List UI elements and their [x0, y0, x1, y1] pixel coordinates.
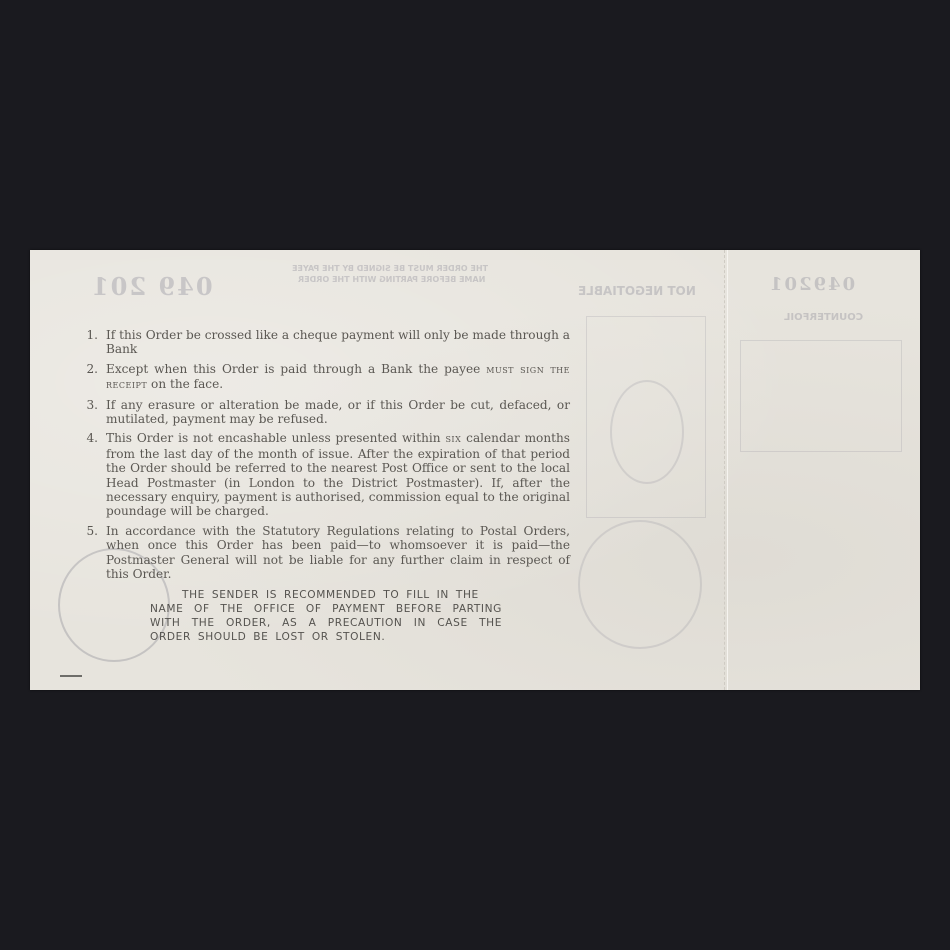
not-negotiable-ghost: NOT NEGOTIABLE: [578, 284, 696, 298]
header-ghost-2: NAME BEFORE PARTING WITH THE ORDER: [298, 275, 485, 284]
condition-text: This Order is not encashable unless pres…: [106, 431, 445, 445]
conditions-list: 1.If this Order be crossed like a cheque…: [78, 328, 570, 587]
condition-item: 3.If any erasure or alteration be made, …: [78, 398, 570, 427]
serial-number-ghost: 049 201: [90, 272, 213, 301]
condition-number: 2.: [78, 362, 98, 376]
ink-mark: [60, 675, 82, 677]
counterfoil-text-ghost: [740, 340, 902, 452]
condition-item: 2.Except when this Order is paid through…: [78, 362, 570, 393]
counterfoil-label-ghost: COUNTERFOIL: [784, 312, 863, 323]
sender-notice-line1: THE SENDER IS RECOMMENDED TO FILL IN THE: [150, 588, 502, 602]
condition-item: 1.If this Order be crossed like a cheque…: [78, 328, 570, 357]
condition-number: 3.: [78, 398, 98, 412]
postmark-ghost-right: [578, 520, 702, 649]
condition-text: Except when this Order is paid through a…: [106, 362, 486, 376]
condition-number: 4.: [78, 431, 98, 445]
perforation-highlight: [727, 250, 728, 690]
portrait-oval-ghost: [610, 380, 684, 484]
counterfoil-serial-ghost: 049201: [768, 274, 855, 295]
sender-notice-rest: NAME OF THE OFFICE OF PAYMENT BEFORE PAR…: [150, 603, 502, 643]
sender-notice: THE SENDER IS RECOMMENDED TO FILL IN THE…: [150, 588, 502, 644]
condition-text: on the face.: [147, 377, 223, 391]
header-ghost-1: THE ORDER MUST BE SIGNED BY THE PAYEE: [292, 264, 488, 273]
condition-number: 5.: [78, 524, 98, 538]
condition-item: 4.This Order is not encashable unless pr…: [78, 431, 570, 518]
postal-order-back: 049 201 THE ORDER MUST BE SIGNED BY THE …: [30, 250, 920, 690]
condition-text: In accordance with the Statutory Regulat…: [106, 524, 570, 581]
perforation-line: [724, 250, 725, 690]
condition-text: If any erasure or alteration be made, or…: [106, 398, 570, 426]
condition-text: If this Order be crossed like a cheque p…: [106, 328, 570, 356]
condition-emphasis: SIX: [445, 432, 461, 445]
condition-number: 1.: [78, 328, 98, 342]
condition-item: 5.In accordance with the Statutory Regul…: [78, 524, 570, 582]
